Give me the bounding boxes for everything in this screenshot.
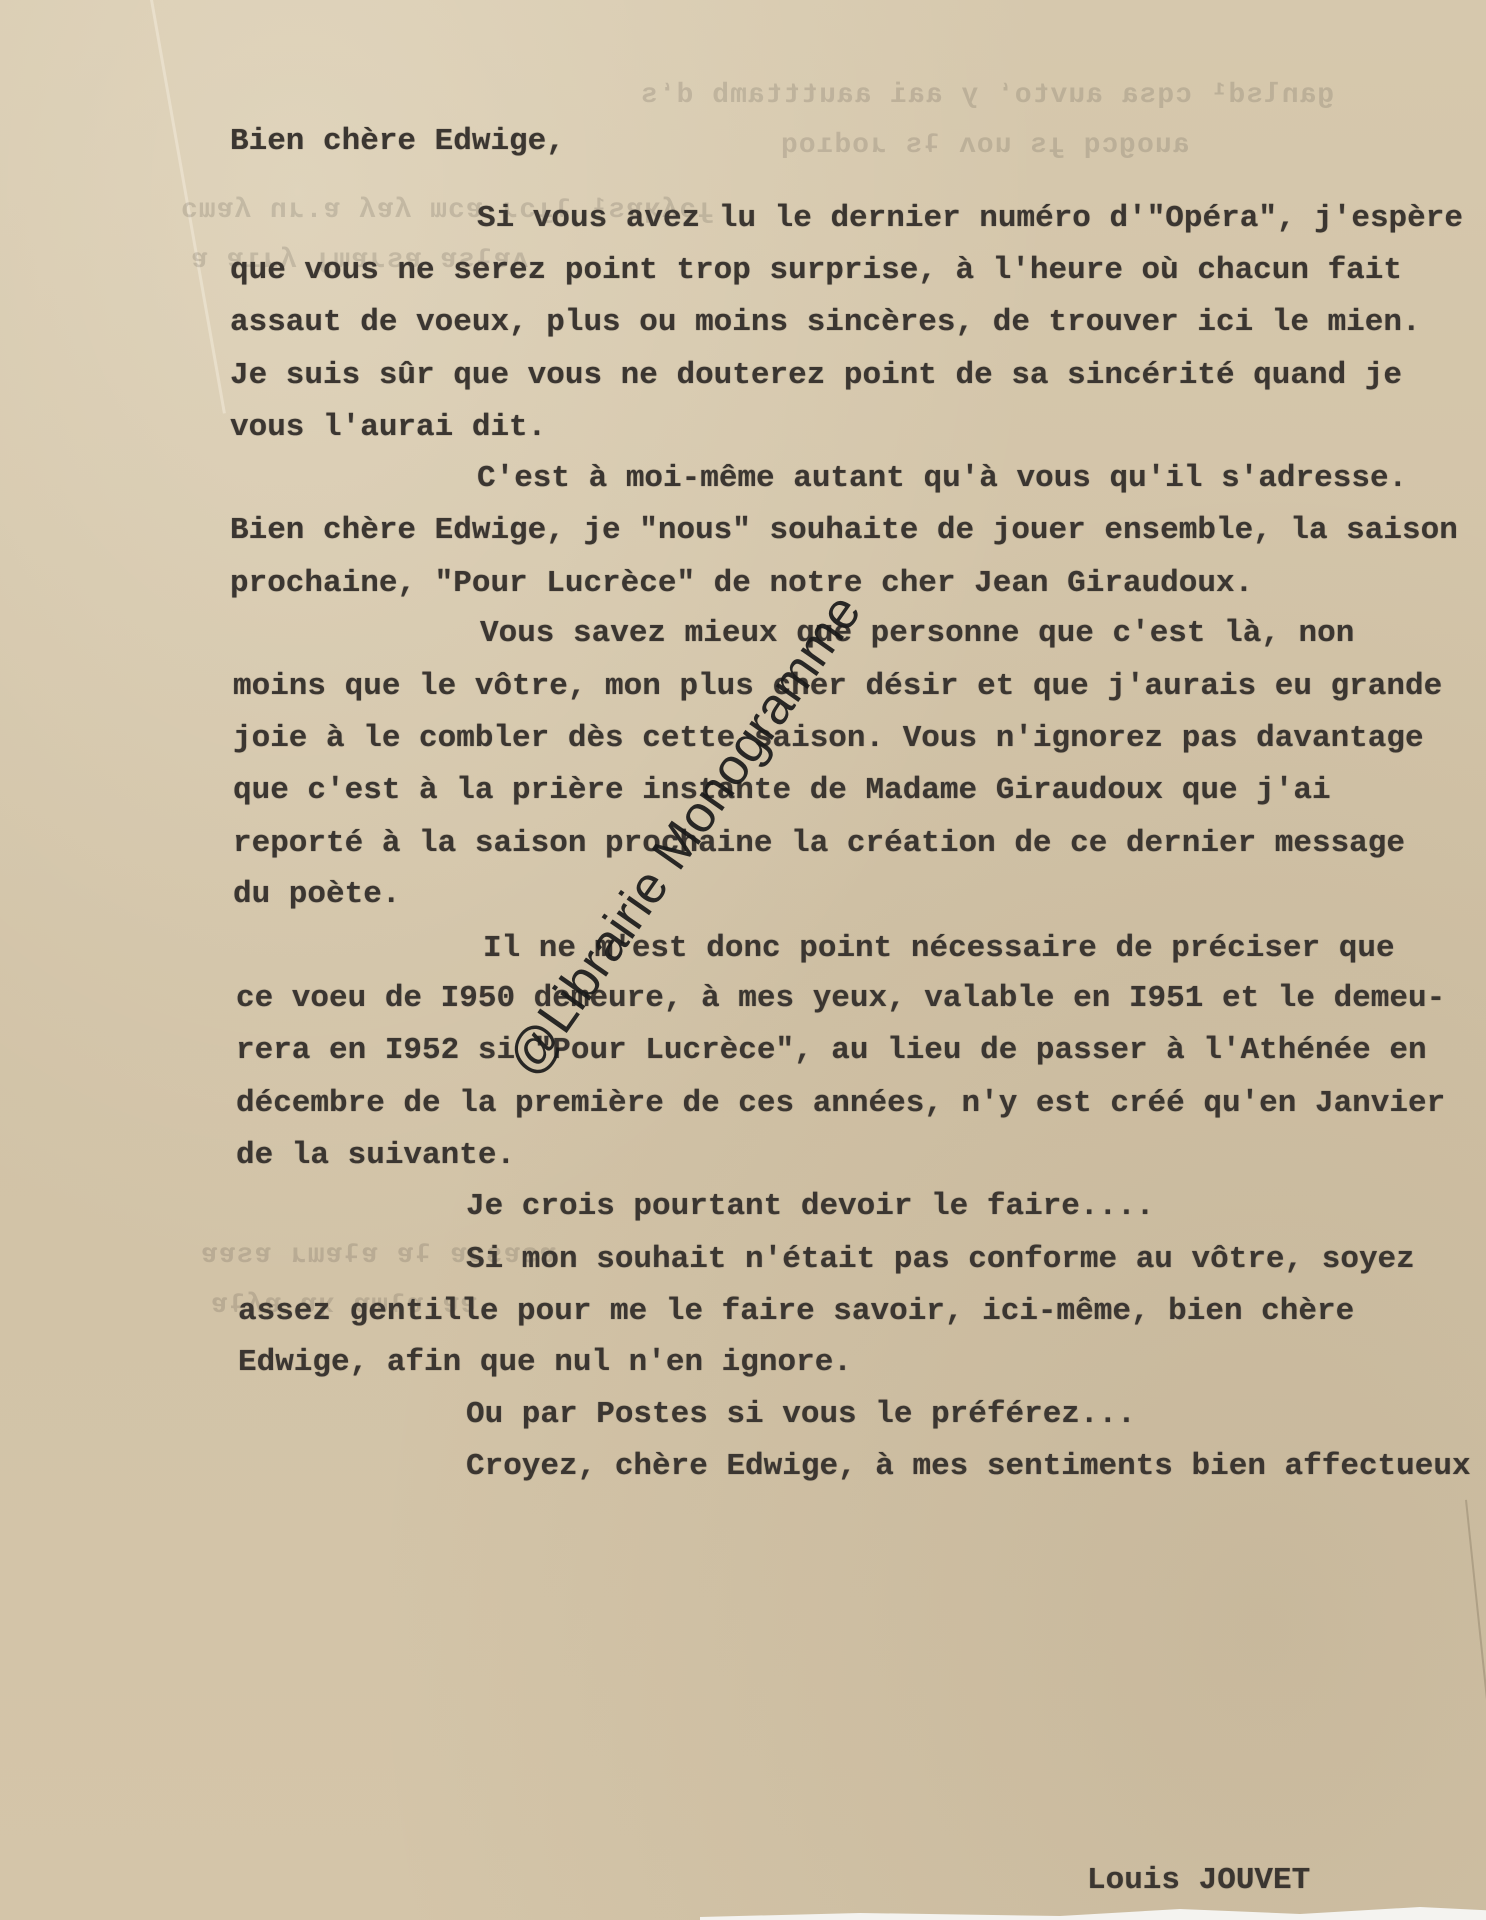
paragraph-line: du poète. [233,879,400,910]
paragraph-line: rera en I952 si "Pour Lucrèce", au lieu … [236,1035,1427,1066]
paragraph-line: que vous ne serez point trop surprise, à… [230,255,1402,286]
letter-page: ganlsd¹ cqsa auvtoʻ y aai aautttamb dʻs … [0,0,1486,1920]
paragraph-line: décembre de la première de ces années, n… [236,1088,1445,1119]
show-through-text: ganlsd¹ cqsa auvtoʻ y aai aautttamb dʻs [640,80,1334,111]
paragraph-line: assez gentille pour me le faire savoir, … [238,1296,1354,1327]
paragraph-line: ce voeu de I950 demeure, à mes yeux, val… [236,983,1445,1014]
salutation: Bien chère Edwige, [230,126,565,157]
closing-line: Croyez, chère Edwige, à mes sentiments b… [466,1451,1471,1482]
paragraph-line: Edwige, afin que nul n'en ignore. [238,1347,852,1378]
paragraph-line: joie à le combler dès cette saison. Vous… [233,723,1424,754]
paragraph-line: vous l'aurai dit. [230,412,546,443]
paragraph-line: Ou par Postes si vous le préférez... [466,1399,1136,1430]
paragraph-line: Je crois pourtant devoir le faire.... [466,1191,1154,1222]
paragraph-line: Si vous avez lu le dernier numéro d'"Opé… [477,203,1463,234]
paragraph-line: Vous savez mieux que personne que c'est … [480,618,1354,649]
paragraph-line: assaut de voeux, plus ou moins sincères,… [230,307,1421,338]
paragraph-line: prochaine, "Pour Lucrèce" de notre cher … [230,568,1253,599]
paragraph-line: que c'est à la prière instante de Madame… [233,775,1331,806]
torn-edge [700,1905,1486,1920]
show-through-text: auogcq ɟs uoʌ ʇs ɹodıoq [780,130,1189,161]
paragraph-line: reporté à la saison prochaine la créatio… [233,828,1405,859]
paragraph-line: Bien chère Edwige, je "nous" souhaite de… [230,515,1458,546]
paragraph-line: de la suivante. [236,1140,515,1171]
paragraph-line: Si mon souhait n'était pas conforme au v… [466,1244,1415,1275]
signature: Louis JOUVET [1087,1865,1310,1896]
paragraph-line: Je suis sûr que vous ne douterez point d… [230,360,1402,391]
paper-crease [1465,1500,1486,1918]
paragraph-line: C'est à moi-même autant qu'à vous qu'il … [477,463,1407,494]
paragraph-line: moins que le vôtre, mon plus cher désir … [233,671,1442,702]
